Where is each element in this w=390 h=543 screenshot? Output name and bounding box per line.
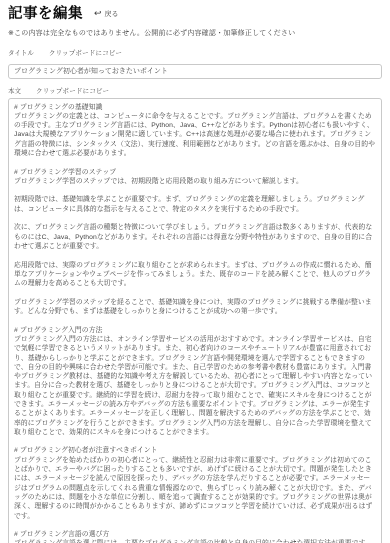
body-field-group: 本文 クリップボードにコピー # プログラミングの基礎知識 プログラミングの定義…: [8, 86, 382, 543]
edit-article-page: 記事を編集 ↩ 戻る ※この内容は完全なものではありません。公開前に必ず内容確認…: [0, 0, 390, 543]
copy-title-to-clipboard-button[interactable]: クリップボードにコピー: [49, 48, 122, 57]
body-label: 本文: [8, 86, 21, 95]
title-field-labels: タイトル クリップボードにコピー: [8, 48, 382, 57]
title-field-group: タイトル クリップボードにコピー: [8, 48, 382, 79]
title-label: タイトル: [8, 48, 34, 57]
title-input[interactable]: [8, 64, 382, 79]
page-title: 記事を編集: [8, 2, 83, 23]
back-button[interactable]: ↩ 戻る: [94, 9, 119, 19]
back-arrow-icon: ↩: [94, 9, 102, 18]
body-textarea[interactable]: # プログラミングの基礎知識 プログラミングの定義とは、コンピュータに命令を与え…: [8, 98, 382, 543]
notice-text: ※この内容は完全なものではありません。公開前に必ず内容確認・加筆修正してください: [8, 28, 382, 38]
copy-body-to-clipboard-button[interactable]: クリップボードにコピー: [36, 86, 109, 95]
body-field-labels: 本文 クリップボードにコピー: [8, 86, 382, 95]
page-header: 記事を編集 ↩ 戻る: [8, 3, 382, 22]
back-button-label: 戻る: [105, 9, 119, 19]
